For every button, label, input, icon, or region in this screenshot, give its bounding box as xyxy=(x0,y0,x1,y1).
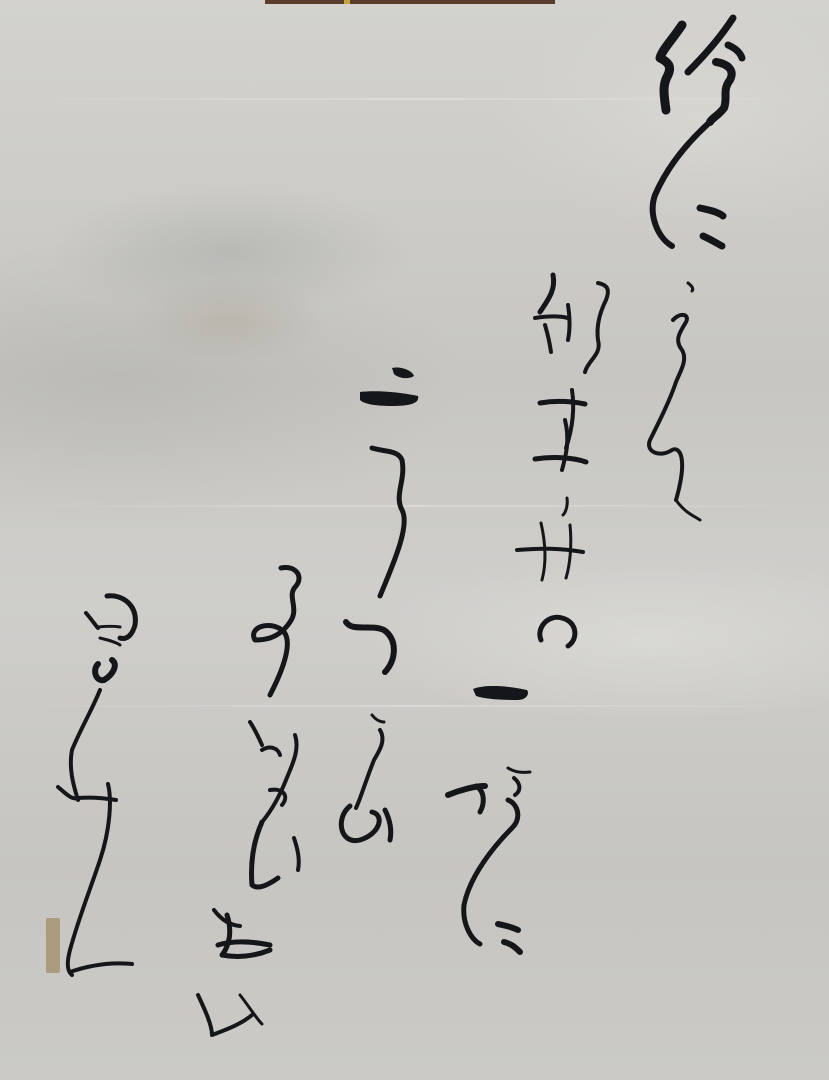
column-5-strokes xyxy=(198,567,299,1035)
column-3-strokes xyxy=(448,686,530,952)
brush-strokes xyxy=(0,0,829,1080)
column-4-strokes xyxy=(341,367,418,840)
calligraphy-photo: 絵にうつる 新妻丹の 一味に こころつくよ そおもい出ん 署名（落款） xyxy=(0,0,829,1080)
column-1-strokes xyxy=(649,18,742,520)
column-2-strokes xyxy=(517,275,608,646)
signature-strokes xyxy=(58,596,135,975)
